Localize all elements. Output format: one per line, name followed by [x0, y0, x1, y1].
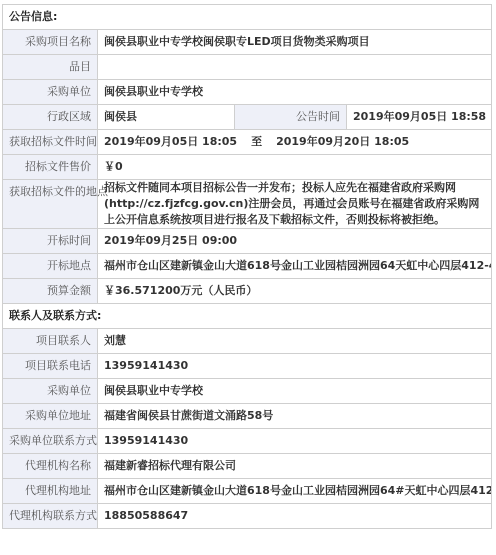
table-row: 采购单位联系方式 13959141430	[3, 429, 492, 454]
field-label: 开标地点	[3, 254, 98, 279]
agency-name-value: 福建新睿招标代理有限公司	[98, 454, 492, 479]
agency-address-value: 福州市仓山区建新镇金山大道618号金山工业园桔园洲园64#天虹中心四层412-4…	[98, 479, 492, 504]
budget-value: ￥36.571200万元（人民币）	[98, 279, 492, 304]
purchaser-value: 闽侯县职业中专学校	[98, 80, 492, 105]
section-title: 公告信息:	[3, 5, 492, 30]
field-label: 获取招标文件时间	[3, 130, 98, 155]
doc-time-value: 2019年09月05日 18:05至2019年09月20日 18:05	[98, 130, 492, 155]
table-row: 代理机构名称 福建新睿招标代理有限公司	[3, 454, 492, 479]
table-row: 品目	[3, 55, 492, 80]
open-time-value: 2019年09月25日 09:00	[98, 229, 492, 254]
field-label: 开标时间	[3, 229, 98, 254]
project-name-value: 闽侯县职业中专学校闽侯职专LED项目货物类采购项目	[98, 30, 492, 55]
field-label: 代理机构联系方式	[3, 504, 98, 529]
table-row: 项目联系电话 13959141430	[3, 354, 492, 379]
contact-purchaser-value: 闽侯县职业中专学校	[98, 379, 492, 404]
field-label: 采购单位	[3, 80, 98, 105]
purchaser-address-value: 福建省闽侯县甘蔗街道文涌路58号	[98, 404, 492, 429]
project-contact-value: 刘慧	[98, 329, 492, 354]
agency-contact-value: 18850588647	[98, 504, 492, 529]
doc-price-value: ￥0	[98, 155, 492, 180]
field-label: 获取招标文件的地点	[3, 180, 98, 229]
table-row: 采购项目名称 闽侯县职业中专学校闽侯职专LED项目货物类采购项目	[3, 30, 492, 55]
table-row: 预算金额 ￥36.571200万元（人民币）	[3, 279, 492, 304]
table-row: 开标地点 福州市仓山区建新镇金山大道618号金山工业园桔园洲园64天虹中心四层4…	[3, 254, 492, 279]
table-row: 开标时间 2019年09月25日 09:00	[3, 229, 492, 254]
field-label: 项目联系电话	[3, 354, 98, 379]
field-label: 项目联系人	[3, 329, 98, 354]
table-row: 代理机构联系方式 18850588647	[3, 504, 492, 529]
table-row: 获取招标文件的地点 招标文件随同本项目招标公告一并发布；投标人应先在福建省政府采…	[3, 180, 492, 229]
field-label: 采购单位地址	[3, 404, 98, 429]
open-place-value: 福州市仓山区建新镇金山大道618号金山工业园桔园洲园64天虹中心四层412-41…	[98, 254, 492, 279]
field-label: 代理机构名称	[3, 454, 98, 479]
publish-time-value: 2019年09月05日 18:58	[347, 105, 492, 130]
field-label: 预算金额	[3, 279, 98, 304]
table-row: 采购单位 闽侯县职业中专学校	[3, 80, 492, 105]
table-row: 招标文件售价 ￥0	[3, 155, 492, 180]
field-label: 采购单位	[3, 379, 98, 404]
purchaser-contact-value: 13959141430	[98, 429, 492, 454]
region-value: 闽侯县	[98, 105, 235, 130]
table-row: 获取招标文件时间 2019年09月05日 18:05至2019年09月20日 1…	[3, 130, 492, 155]
doc-time-end: 2019年09月20日 18:05	[276, 135, 409, 148]
table-row: 项目联系人 刘慧	[3, 329, 492, 354]
section-announcement: 公告信息:	[3, 5, 492, 30]
field-label: 采购单位联系方式	[3, 429, 98, 454]
field-label: 代理机构地址	[3, 479, 98, 504]
project-phone-value: 13959141430	[98, 354, 492, 379]
table-row: 采购单位地址 福建省闽侯县甘蔗街道文涌路58号	[3, 404, 492, 429]
doc-time-to: 至	[251, 135, 262, 148]
table-row: 代理机构地址 福州市仓山区建新镇金山大道618号金山工业园桔园洲园64#天虹中心…	[3, 479, 492, 504]
section-title: 联系人及联系方式:	[3, 304, 492, 329]
section-contacts: 联系人及联系方式:	[3, 304, 492, 329]
doc-time-start: 2019年09月05日 18:05	[104, 135, 237, 148]
field-label: 采购项目名称	[3, 30, 98, 55]
table-row: 采购单位 闽侯县职业中专学校	[3, 379, 492, 404]
announcement-table: 公告信息: 采购项目名称 闽侯县职业中专学校闽侯职专LED项目货物类采购项目 品…	[2, 4, 492, 529]
doc-place-value: 招标文件随同本项目招标公告一并发布；投标人应先在福建省政府采购网(http://…	[98, 180, 492, 229]
table-row: 行政区域 闽侯县 公告时间 2019年09月05日 18:58	[3, 105, 492, 130]
field-label: 公告时间	[235, 105, 347, 130]
category-value	[98, 55, 492, 80]
field-label: 行政区域	[3, 105, 98, 130]
field-label: 品目	[3, 55, 98, 80]
field-label: 招标文件售价	[3, 155, 98, 180]
